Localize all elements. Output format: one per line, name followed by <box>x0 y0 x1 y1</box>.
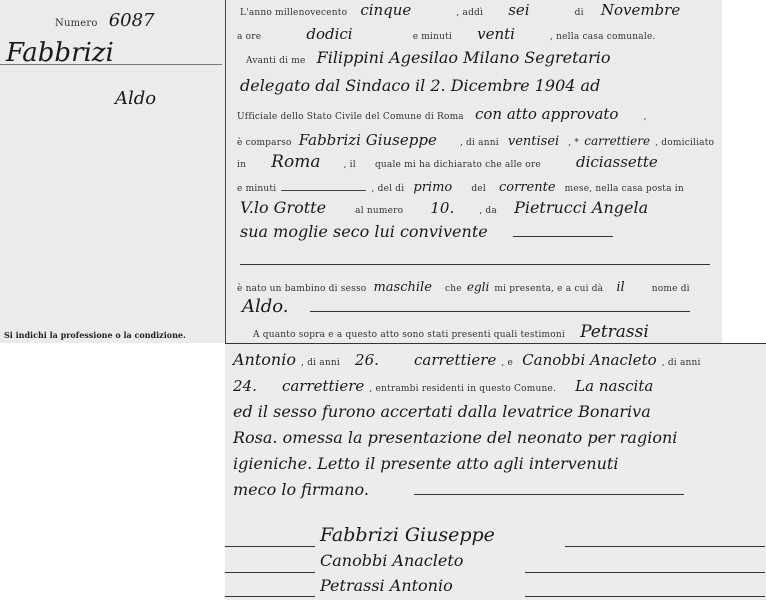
article: il <box>616 280 624 295</box>
printed-text: e minuti <box>413 32 452 42</box>
margin-column: Numero 6087 Fabbrizi Aldo Si indichi la … <box>0 0 226 343</box>
child-name: Aldo. <box>242 296 289 317</box>
day-value: sei <box>508 1 529 19</box>
declarant-profession: carrettiere <box>584 134 650 148</box>
birth-month-ref: corrente <box>499 180 556 195</box>
record-line-1: L'anno millenovecento cinque , addì sei … <box>240 0 680 19</box>
printed-text: che <box>445 284 462 294</box>
printed-text: , domiciliato <box>655 138 714 148</box>
signature-3: Petrassi Antonio <box>320 576 453 595</box>
annotation-text: igieniche. Letto il presente atto agli i… <box>233 454 618 473</box>
printed-text: quale mi ha dichiarato che alle ore <box>375 160 541 170</box>
record-line-15: 24. carrettiere , entrambi residenti in … <box>233 376 653 395</box>
printed-text: è nato un bambino di sesso <box>237 284 366 294</box>
birth-street: V.lo Grotte <box>240 198 326 217</box>
given-name: Aldo <box>115 88 156 109</box>
printed-text: , di anni <box>662 358 701 368</box>
witness-2-name: Canobbi Anacleto <box>522 351 656 369</box>
record-line-10: sua moglie seco lui convivente <box>240 222 613 241</box>
birth-day: primo <box>413 180 452 195</box>
record-line-4: delegato dal Sindaco il 2. Dicembre 1904… <box>240 76 600 95</box>
signature-line <box>525 596 765 597</box>
upper-scan: Numero 6087 Fabbrizi Aldo Si indichi la … <box>0 0 722 343</box>
printed-text: , addì <box>456 8 483 18</box>
signature-text: Petrassi Antonio <box>320 576 453 595</box>
printed-text: , del dì <box>371 184 404 194</box>
printed-text: del <box>471 184 486 194</box>
printed-text: , di anni <box>301 358 340 368</box>
printed-text: , da <box>479 206 497 216</box>
birth-hour: diciassette <box>576 153 658 171</box>
printed-text: Avanti di me <box>246 56 306 66</box>
signature-line <box>225 546 315 547</box>
signature-line <box>565 546 765 547</box>
printed-text: , e <box>501 358 513 368</box>
presenter-pronoun: egli <box>467 280 489 294</box>
signature-text: Fabbrizi Giuseppe <box>320 524 495 546</box>
hour-value: dodici <box>306 25 352 43</box>
record-line-9: V.lo Grotte al numero 10. , da Pietrucci… <box>240 198 648 217</box>
signature-text: Canobbi Anacleto <box>320 551 463 570</box>
delegation-text: delegato dal Sindaco il 2. Dicembre 1904… <box>240 76 600 95</box>
mother-name: Pietrucci Angela <box>514 198 648 217</box>
mother-relation: sua moglie seco lui convivente <box>240 222 488 241</box>
month-value: Novembre <box>601 1 680 19</box>
printed-text: , * <box>568 138 579 148</box>
record-line-6: è comparso Fabbrizi Giuseppe , di anni v… <box>237 130 714 149</box>
printed-text: A quanto sopra e a questo atto sono stat… <box>253 330 565 340</box>
printed-text: , di anni <box>460 138 499 148</box>
printed-text: , entrambi residenti in questo Comune. <box>369 384 556 394</box>
declarant-name: Fabbrizi Giuseppe <box>299 131 437 149</box>
lower-scan: Antonio , di anni 26. carrettiere , e Ca… <box>225 343 766 600</box>
record-line-19: meco lo firmano. <box>233 480 684 499</box>
printed-text: , il <box>344 160 356 170</box>
printed-text: a ore <box>237 32 261 42</box>
printed-text: nome di <box>652 284 690 294</box>
printed-text: e minuti <box>237 184 276 194</box>
signature-line <box>225 596 315 597</box>
footnote: Si indichi la professione o la condizion… <box>4 330 186 340</box>
minutes-blank <box>281 190 366 191</box>
approval-text: con atto approvato <box>475 105 618 123</box>
record-line-12: Aldo. <box>242 296 690 317</box>
record-line-7: in Roma , il quale mi ha dichiarato che … <box>237 152 658 172</box>
witness-1-profession: carrettiere <box>414 351 496 369</box>
minutes-value: venti <box>477 25 515 43</box>
record-line-5: Ufficiale dello Stato Civile del Comune … <box>237 104 647 123</box>
fill-line <box>513 236 613 237</box>
record-line-8: e minuti , del dì primo del corrente mes… <box>237 176 684 195</box>
printed-text: in <box>237 160 246 170</box>
printed-text: al numero <box>355 206 403 216</box>
record-line-3: Avanti di me Filippini Agesilao Milano S… <box>246 48 610 67</box>
printed-text: Ufficiale dello Stato Civile del Comune … <box>237 112 464 122</box>
printed-text: L'anno millenovecento <box>240 8 347 18</box>
printed-text: , nella casa comunale. <box>550 32 656 42</box>
numero-value: 6087 <box>109 10 155 31</box>
witness-2-profession: carrettiere <box>282 377 364 395</box>
record-line-16: ed il sesso furono accertati dalla levat… <box>233 402 651 421</box>
section-rule <box>240 264 710 265</box>
street-number: 10. <box>430 199 454 217</box>
fill-line <box>310 311 690 312</box>
annotation-text: ed il sesso furono accertati dalla levat… <box>233 402 651 421</box>
annotation-text: Rosa. omessa la presentazione del neonat… <box>233 428 677 447</box>
residence-city: Roma <box>271 152 320 172</box>
signature-line <box>525 572 765 573</box>
witness-1-surname: Petrassi <box>580 322 649 342</box>
official-name: Filippini Agesilao Milano Segretario <box>317 48 611 67</box>
closing-text: meco lo firmano. <box>233 480 369 499</box>
record-line-18: igieniche. Letto il presente atto agli i… <box>233 454 618 473</box>
printed-text: di <box>575 8 584 18</box>
printed-text: mi presenta, e a cui dà <box>494 284 603 294</box>
child-sex: maschile <box>373 280 431 295</box>
record-line-11: è nato un bambino di sesso maschile che … <box>237 276 690 295</box>
witness-2-age: 24. <box>233 377 257 395</box>
numero-label: Numero <box>55 18 98 29</box>
signature-1: Fabbrizi Giuseppe <box>320 524 495 546</box>
printed-text: mese, nella casa posta in <box>565 184 684 194</box>
fill-line <box>414 494 684 495</box>
witness-1-age: 26. <box>355 351 379 369</box>
signature-2: Canobbi Anacleto <box>320 551 463 570</box>
year-value: cinque <box>360 1 411 19</box>
witness-1-given: Antonio <box>233 350 296 369</box>
signature-line <box>225 572 315 573</box>
printed-text: , <box>644 112 647 122</box>
margin-rule <box>0 64 222 65</box>
annotation-start: La nascita <box>575 377 653 395</box>
record-line-13: A quanto sopra e a questo atto sono stat… <box>253 322 649 342</box>
record-line-17: Rosa. omessa la presentazione del neonat… <box>233 428 677 447</box>
record-line-14: Antonio , di anni 26. carrettiere , e Ca… <box>233 350 701 369</box>
record-line-2: a ore dodici e minuti venti , nella casa… <box>237 24 656 43</box>
declarant-age: ventisei <box>508 134 559 149</box>
printed-text: è comparso <box>237 138 292 148</box>
